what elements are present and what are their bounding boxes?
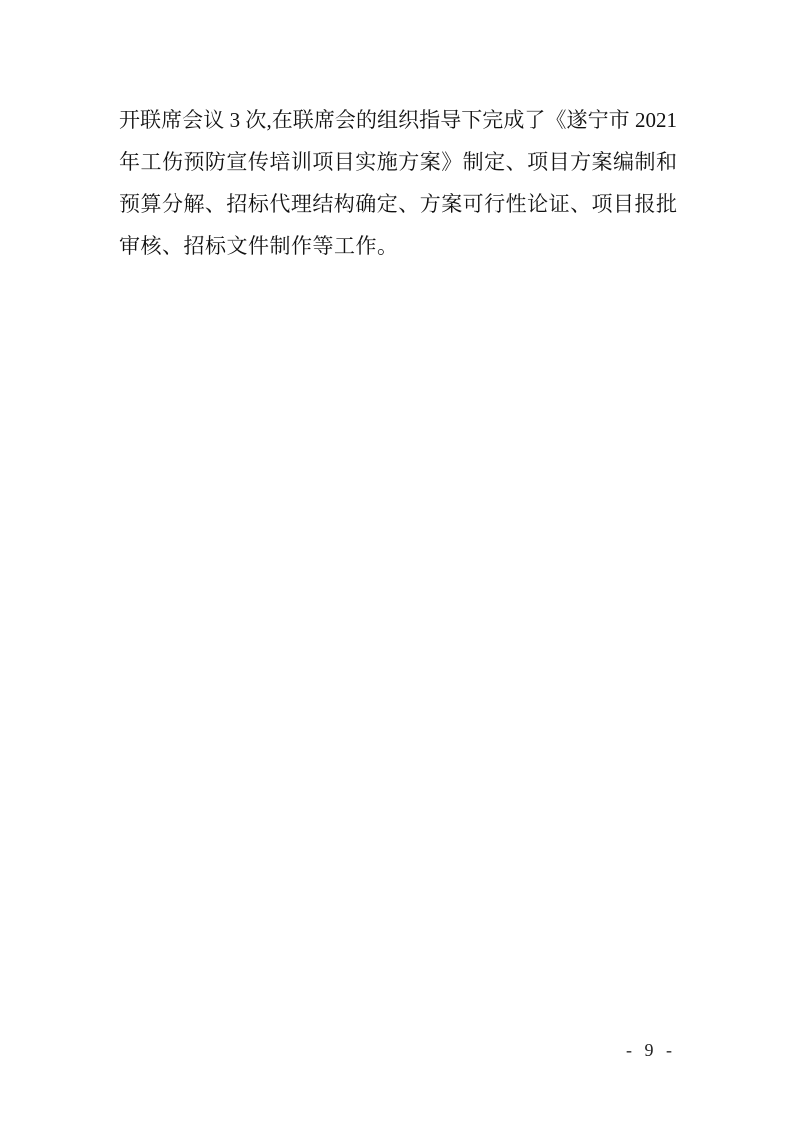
body-paragraph: 开联席会议 3 次,在联席会的组织指导下完成了《遂宁市 2021 年工伤预防宣传…	[119, 99, 677, 267]
document-page: 开联席会议 3 次,在联席会的组织指导下完成了《遂宁市 2021 年工伤预防宣传…	[0, 0, 794, 1122]
paragraph-line: 开联席会议 3 次,在联席会的组织指导下完成了《遂宁市 2021	[119, 99, 677, 141]
paragraph-line: 预算分解、招标代理结构确定、方案可行性论证、项目报批	[119, 183, 677, 225]
page-number: - 9 -	[626, 1038, 676, 1062]
paragraph-line: 年工伤预防宣传培训项目实施方案》制定、项目方案编制和	[119, 141, 677, 183]
paragraph-line: 审核、招标文件制作等工作。	[119, 225, 677, 267]
